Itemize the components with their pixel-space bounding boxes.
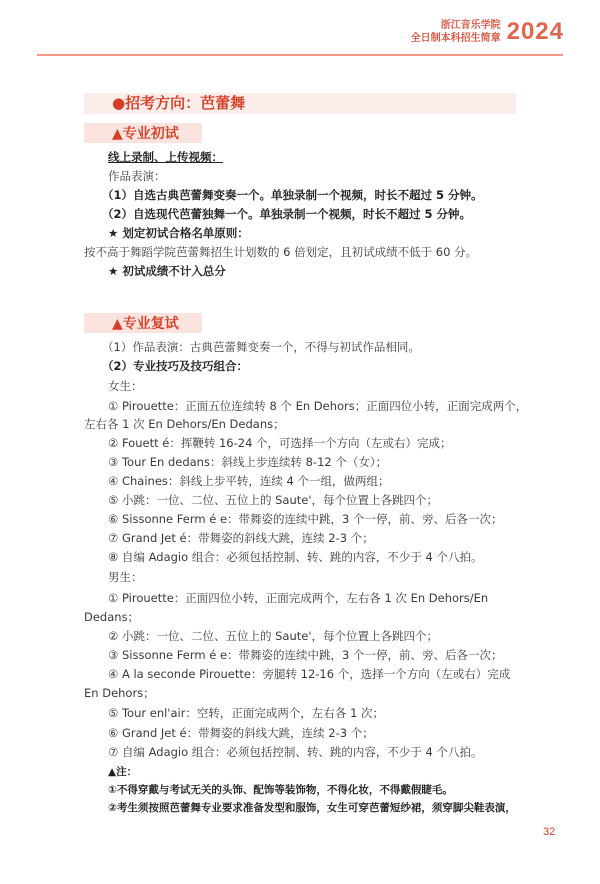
male-item-cont: Dedans； xyxy=(84,609,139,625)
female-item: ⑧ 自编 Adagio 组合：必须包括控制、转、跳的内容，不少于 4 个八拍。 xyxy=(108,549,482,565)
retest-item-1: （1）作品表演：古典芭蕾舞变奏一个，不得与初试作品相同。 xyxy=(102,339,420,355)
male-item: ② 小跳：一位、二位、五位上的 Saute'，每个位置上各跳四个； xyxy=(108,628,438,644)
male-item: ③ Sissonne Ferm é e：带舞姿的连续中跳，3 个一停，前、旁、后… xyxy=(108,647,503,663)
female-label: 女生： xyxy=(108,378,143,394)
note-item: ②考生须按照芭蕾舞专业要求准备发型和服饰，女生可穿芭蕾短纱裙，须穿脚尖鞋表演， xyxy=(108,800,516,816)
header-year: 2024 xyxy=(507,18,564,46)
male-item: ① Pirouette：正面四位小转，正面完成两个，左右各 1 次 En Deh… xyxy=(108,590,488,606)
female-item: ④ Chaines：斜线上步平转，连续 4 个一组，做两组； xyxy=(108,473,390,489)
preliminary-title: ▲专业初试 xyxy=(112,123,179,143)
male-item: ⑦ 自编 Adagio 组合：必须包括控制、转、跳的内容，不少于 4 个八拍。 xyxy=(108,744,482,760)
male-item: ④ A la seconde Pirouette：旁腿转 12-16 个，选择一… xyxy=(108,666,510,682)
brochure-subtitle: 全日制本科招生简章 xyxy=(411,32,501,45)
note-item: ①不得穿戴与考试无关的头饰、配饰等装饰物，不得化妆，不得戴假睫毛。 xyxy=(108,782,453,798)
online-label: 线上录制、上传视频： xyxy=(108,149,223,165)
rule-text: 按不高于舞蹈学院芭蕾舞招生计划数的 6 倍划定，且初试成绩不低于 60 分。 xyxy=(84,244,477,260)
header-rule xyxy=(37,54,563,56)
school-name: 浙江音乐学院 xyxy=(411,19,501,32)
rule-title: ★ 划定初试合格名单原则： xyxy=(108,225,249,241)
female-item: ⑥ Sissonne Ferm é e：带舞姿的连续中跳，3 个一停，前、旁、后… xyxy=(108,511,503,527)
male-item: ⑤ Tour enl'air：空转，正面完成两个，左右各 1 次； xyxy=(108,705,384,721)
retest-title: ▲专业复试 xyxy=(112,313,179,333)
female-item: ⑦ Grand Jet é：带舞姿的斜线大跳，连续 2-3 个； xyxy=(108,530,374,546)
female-item-cont: 左右各 1 次 En Dehors/En Dedans； xyxy=(84,416,285,432)
retest-item-2: （2）专业技巧及技巧组合： xyxy=(102,358,248,374)
female-item: ② Fouett é：挥鞭转 16-24 个，可选择一个方向（左或右）完成； xyxy=(108,435,452,451)
female-item: ⑤ 小跳：一位、二位、五位上的 Saute'，每个位置上各跳四个； xyxy=(108,492,438,508)
note-label: ▲注： xyxy=(108,764,137,780)
prelim-item-2: （2）自选现代芭蕾独舞一个。单独录制一个视频，时长不超过 5 分钟。 xyxy=(102,206,471,222)
section-title: ●招考方向：芭蕾舞 xyxy=(112,92,245,113)
male-label: 男生： xyxy=(108,569,143,585)
score-note: ★ 初试成绩不计入总分 xyxy=(108,263,226,279)
female-item: ① Pirouette：正面五位连续转 8 个 En Dehors；正面四位小转… xyxy=(108,398,527,414)
male-item: ⑥ Grand Jet é：带舞姿的斜线大跳，连续 2-3 个； xyxy=(108,725,374,741)
header-text: 浙江音乐学院 全日制本科招生简章 xyxy=(411,19,501,45)
prelim-item-1: （1）自选古典芭蕾舞变奏一个。单独录制一个视频，时长不超过 5 分钟。 xyxy=(102,187,483,203)
page-header: 浙江音乐学院 全日制本科招生简章 2024 xyxy=(411,18,564,46)
works-label: 作品表演： xyxy=(108,168,166,184)
male-item-cont: En Dehors； xyxy=(84,685,155,701)
page-number: 32 xyxy=(543,826,555,838)
female-item: ③ Tour En dedans：斜线上步连续转 8-12 个（女）； xyxy=(108,454,387,470)
